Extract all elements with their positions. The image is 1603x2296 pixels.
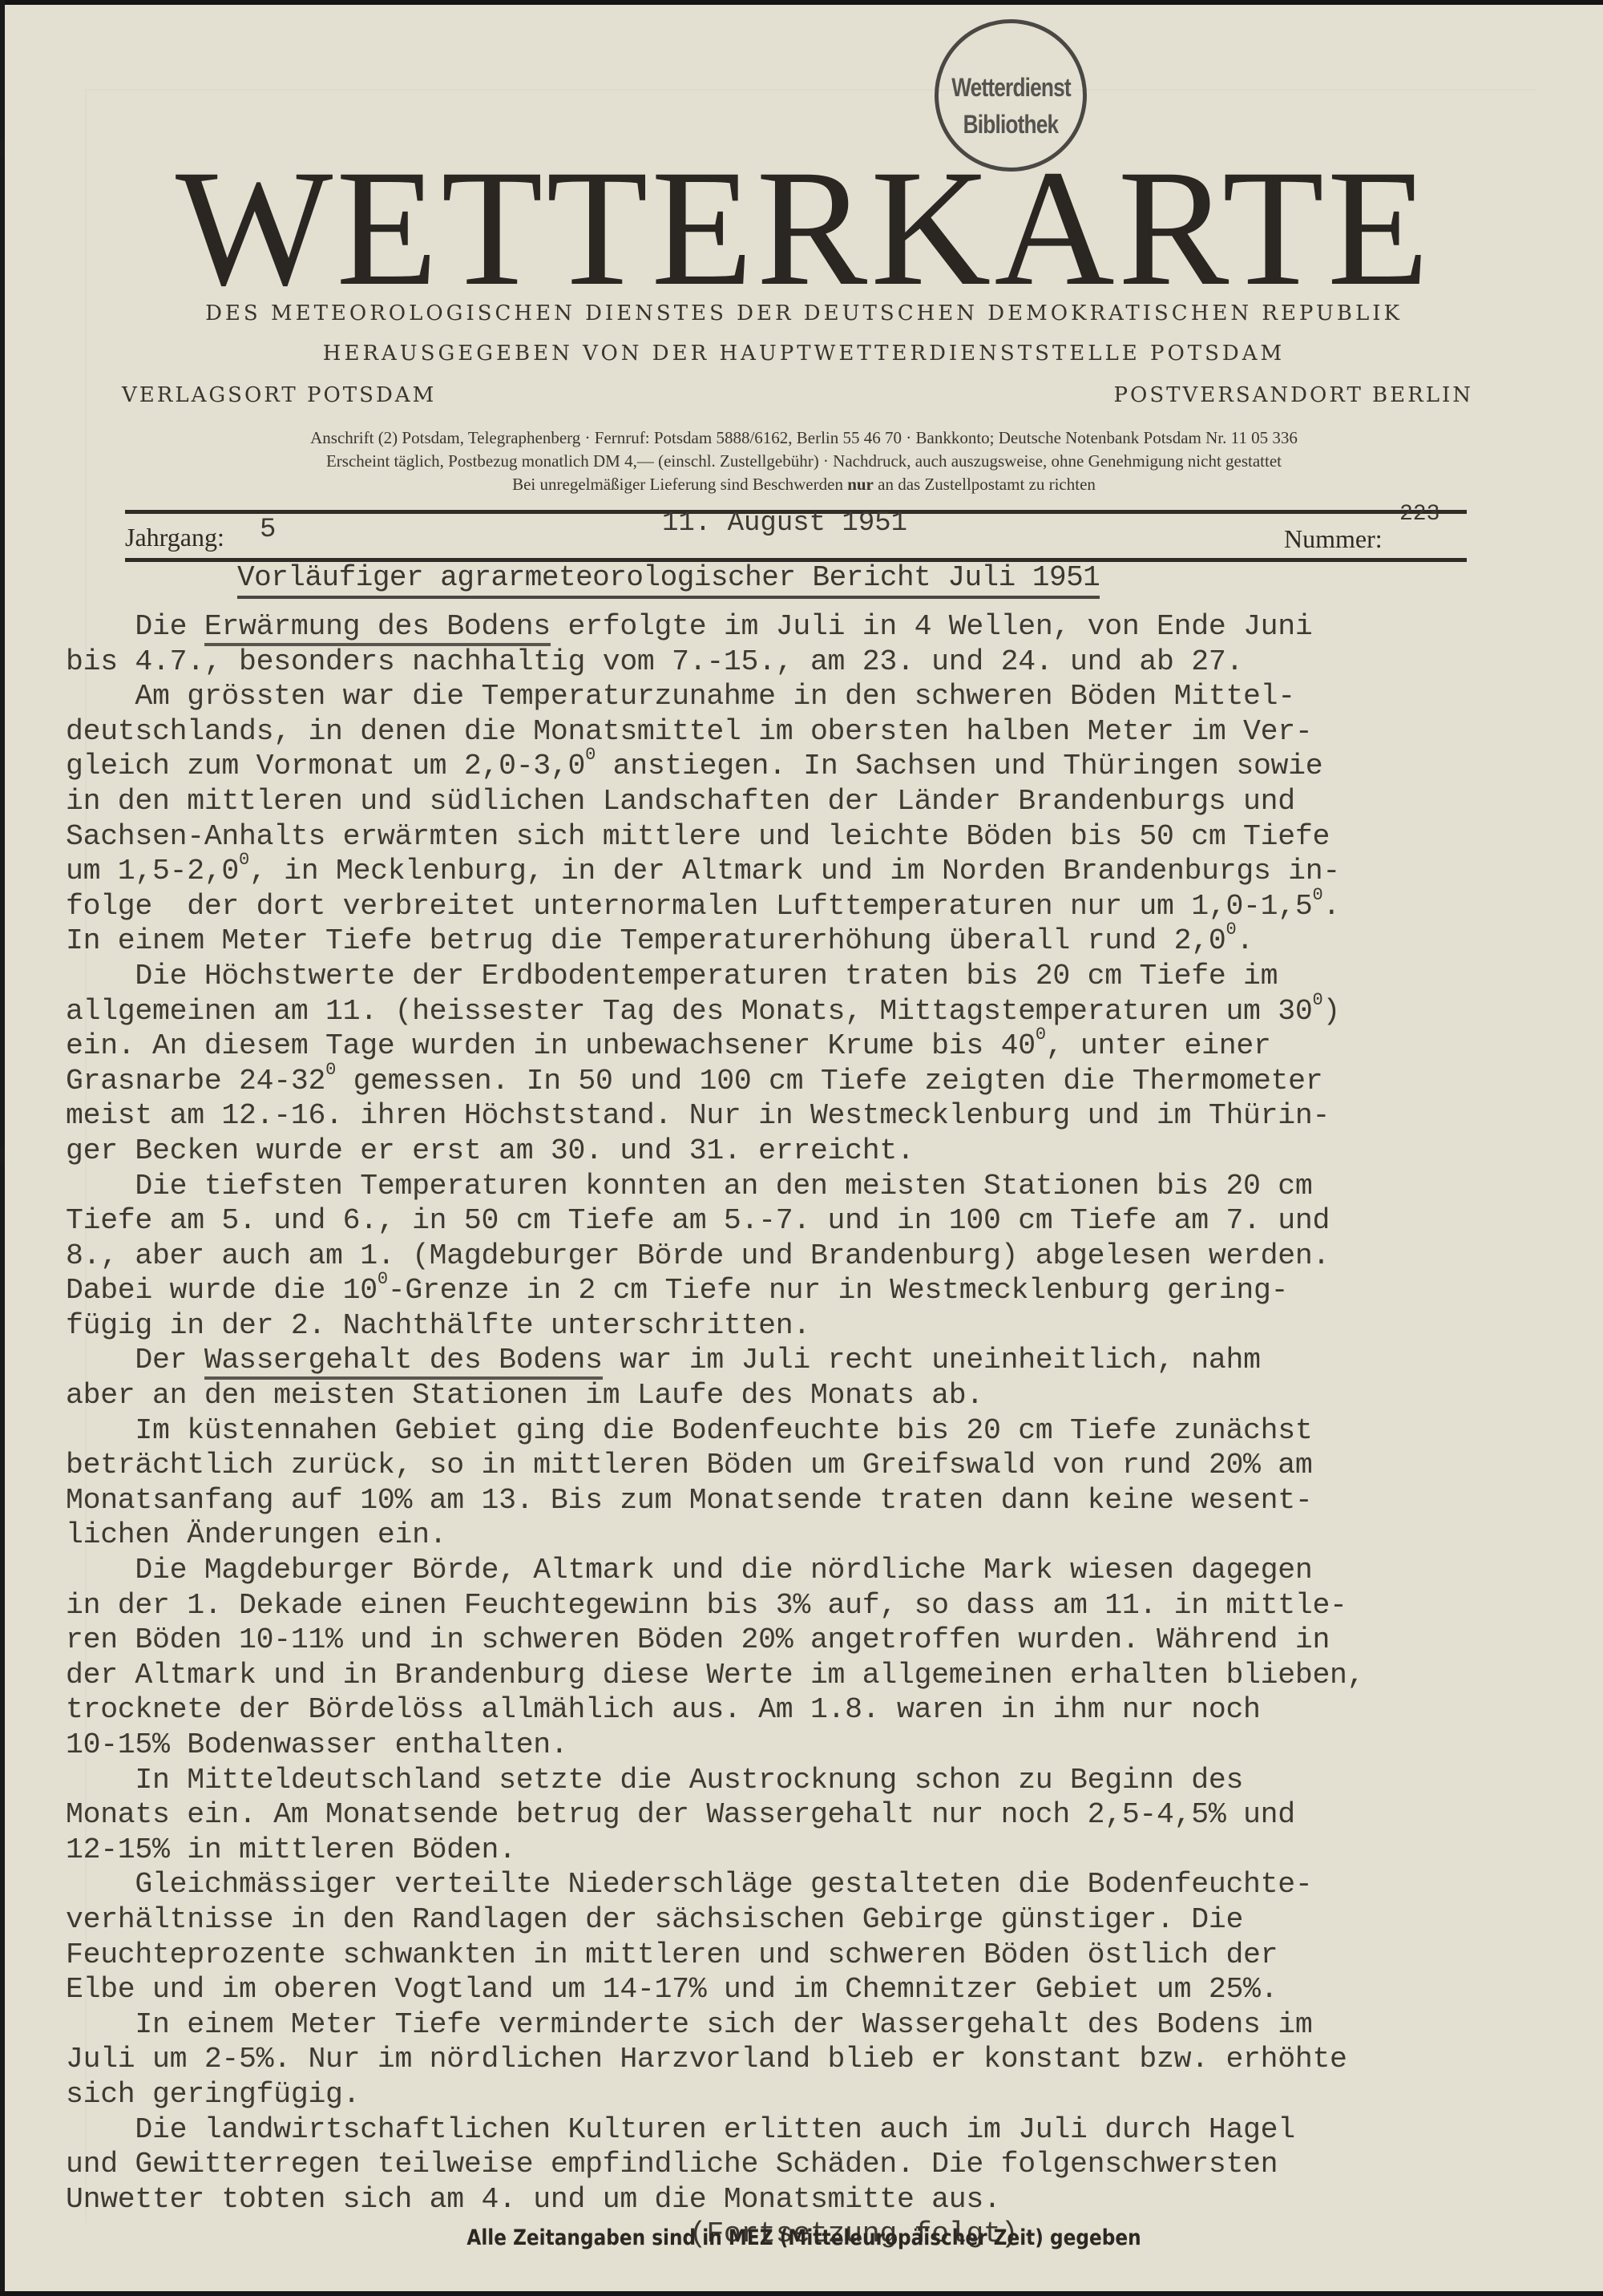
masthead-subtitle-2: HERAUSGEGEBEN VON DER HAUPTWETTERDIENSTS… [5,342,1603,366]
line-text: Die Höchstwerte der Erdbodentemperaturen… [66,960,1278,992]
report-line: Am grössten war die Temperaturzunahme in… [66,679,1573,714]
report-line: bis 4.7., besonders nachhaltig vom 7.-15… [66,645,1573,680]
line-text: Tiefe am 5. und 6., in 50 cm Tiefe am 5.… [66,1204,1330,1237]
report-line: Die landwirtschaftlichen Kulturen erlitt… [66,2112,1573,2148]
line-text: Feuchteprozente schwankten in mittleren … [66,1938,1278,1971]
complaints-text-bold: nur [847,475,874,494]
degree-superscript: 0 [325,1060,336,1080]
masthead-title: WETTERKARTE [5,156,1603,300]
line-text: Die [66,610,204,643]
report-line: Die tiefsten Temperaturen konnten an den… [66,1169,1573,1204]
report-line: Im küstennahen Gebiet ging die Bodenfeuc… [66,1413,1573,1449]
line-text: meist am 12.-16. ihren Höchststand. Nur … [66,1099,1330,1132]
line-text: Die landwirtschaftlichen Kulturen erlitt… [66,2113,1295,2146]
report-line: 8., aber auch am 1. (Magdeburger Börde u… [66,1239,1573,1274]
report-line: In einem Meter Tiefe verminderte sich de… [66,2007,1573,2043]
complaints-line: Bei unregelmäßiger Lieferung sind Beschw… [5,475,1603,495]
line-text: verhältnisse in den Randlagen der sächsi… [66,1903,1243,1936]
line-text: Gleichmässiger verteilte Niederschläge g… [66,1868,1312,1901]
underlined-heading: Wassergehalt des Bodens [204,1344,603,1380]
report-line: ger Becken wurde er erst am 30. und 31. … [66,1134,1573,1169]
report-line: Juli um 2-5%. Nur im nördlichen Harzvorl… [66,2042,1573,2077]
line-text: Unwetter tobten sich am 4. und um die Mo… [66,2183,1001,2216]
report-body: Die Erwärmung des Bodens erfolgte im Jul… [66,609,1573,2252]
line-text: Dabei wurde die 10 [66,1274,378,1307]
report-line: Monats ein. Am Monatsende betrug der Was… [66,1797,1573,1833]
line-text: Grasnarbe 24-32 [66,1065,325,1097]
scan-bottom-edge [0,2291,1603,2296]
address-line: Anschrift (2) Potsdam, Telegraphenberg ·… [5,428,1603,448]
line-text: ger Becken wurde er erst am 30. und 31. … [66,1134,915,1167]
report-line: Monatsanfang auf 10% am 13. Bis zum Mona… [66,1483,1573,1518]
line-text: um 1,5-2,0 [66,855,239,887]
line-text: in der 1. Dekade einen Feuchtegewinn bis… [66,1589,1347,1622]
line-text: . [1236,924,1254,957]
line-text: gleich zum Vormonat um 2,0-3,0 [66,750,585,782]
report-line: trocknete der Bördelöss allmählich aus. … [66,1692,1573,1728]
report-line: verhältnisse in den Randlagen der sächsi… [66,1902,1573,1938]
line-text: gemessen. In 50 und 100 cm Tiefe zeigten… [336,1065,1322,1097]
report-line: Die Magdeburger Börde, Altmark und die n… [66,1553,1573,1588]
line-text: allgemeinen am 11. (heissester Tag des M… [66,995,1312,1028]
report-line: Unwetter tobten sich am 4. und um die Mo… [66,2182,1573,2217]
mailing-place: POSTVERSANDORT BERLIN [1114,383,1473,407]
report-line: der Altmark und in Brandenburg diese Wer… [66,1658,1573,1693]
line-text: trocknete der Bördelöss allmählich aus. … [66,1693,1261,1726]
stamp-line-1: Wetterdienst [951,73,1070,103]
report-line: Der Wassergehalt des Bodens war im Juli … [66,1343,1573,1378]
underlined-heading: Erwärmung des Bodens [204,610,551,646]
report-line: allgemeinen am 11. (heissester Tag des M… [66,994,1573,1029]
line-text: In einem Meter Tiefe betrug die Temperat… [66,924,1225,957]
report-line: um 1,5-2,00, in Mecklenburg, in der Altm… [66,854,1573,889]
line-text: , unter einer [1046,1029,1271,1062]
line-text: ein. An diesem Tage wurden in unbewachse… [66,1029,1036,1062]
line-text: In Mitteldeutschland setzte die Austrock… [66,1764,1243,1797]
line-text: erfolgte im Juli in 4 Wellen, von Ende J… [551,610,1313,643]
report-line: ren Böden 10-11% und in schweren Böden 2… [66,1623,1573,1658]
report-line: deutschlands, in denen die Monatsmittel … [66,714,1573,750]
jahrgang-value: 5 [260,515,276,545]
line-text: war im Juli recht uneinheitlich, nahm [603,1344,1261,1376]
report-line: sich geringfügig. [66,2077,1573,2112]
report-line: gleich zum Vormonat um 2,0-3,00 anstiege… [66,749,1573,784]
line-text: lichen Änderungen ein. [66,1518,446,1551]
line-text: 8., aber auch am 1. (Magdeburger Börde u… [66,1239,1330,1272]
line-text: Sachsen-Anhalts erwärmten sich mittlere … [66,820,1330,853]
line-text: 10-15% Bodenwasser enthalten. [66,1728,568,1761]
report-line: Feuchteprozente schwankten in mittleren … [66,1938,1573,1973]
report-line: Sachsen-Anhalts erwärmten sich mittlere … [66,819,1573,855]
degree-superscript: 0 [585,745,596,765]
line-text: Monats ein. Am Monatsende betrug der Was… [66,1798,1295,1831]
report-line: Elbe und im oberen Vogtland um 14-17% un… [66,1972,1573,2007]
report-line: 12-15% in mittleren Böden. [66,1833,1573,1868]
subscription-line: Erscheint täglich, Postbezug monatlich D… [5,451,1603,471]
nummer-value: 223 [1399,502,1439,527]
jahrgang-label: Jahrgang: [125,523,224,552]
degree-superscript: 0 [1312,885,1322,905]
line-text: und Gewitterregen teilweise empfindliche… [66,2148,1278,2181]
report-line: Dabei wurde die 100-Grenze in 2 cm Tiefe… [66,1273,1573,1308]
line-text: Juli um 2-5%. Nur im nördlichen Harzvorl… [66,2043,1347,2076]
document-page: Wetterdienst Bibliothek WETTERKARTE DES … [5,5,1603,2291]
degree-superscript: 0 [1036,1025,1046,1045]
report-line: ein. An diesem Tage wurden in unbewachse… [66,1029,1573,1064]
line-text: aber an den meisten Stationen im Laufe d… [66,1379,983,1412]
report-line: fügig in der 2. Nachthälfte unterschritt… [66,1308,1573,1344]
line-text: Monatsanfang auf 10% am 13. Bis zum Mona… [66,1484,1312,1517]
line-text: Im küstennahen Gebiet ging die Bodenfeuc… [66,1414,1312,1447]
publishing-place: VERLAGSORT POTSDAM [122,383,436,407]
report-line: Die Erwärmung des Bodens erfolgte im Jul… [66,609,1573,645]
line-text: Am grössten war die Temperaturzunahme in… [66,680,1295,713]
report-line: beträchtlich zurück, so in mittleren Böd… [66,1448,1573,1483]
nummer-label: Nummer: [1284,524,1383,554]
report-line: in den mittleren und südlichen Landschaf… [66,784,1573,819]
report-line: In einem Meter Tiefe betrug die Temperat… [66,924,1573,959]
line-text: -Grenze in 2 cm Tiefe nur in Westmecklen… [388,1274,1288,1307]
line-text: ren Böden 10-11% und in schweren Böden 2… [66,1623,1330,1656]
report-line: aber an den meisten Stationen im Laufe d… [66,1378,1573,1413]
line-text: . [1322,890,1340,923]
degree-superscript: 0 [239,850,249,870]
line-text: in den mittleren und südlichen Landschaf… [66,785,1295,818]
line-text: Der [66,1344,204,1376]
report-line: folge der dort verbreitet unternormalen … [66,889,1573,924]
report-line: Grasnarbe 24-320 gemessen. In 50 und 100… [66,1064,1573,1099]
line-text: 12-15% in mittleren Böden. [66,1833,516,1866]
line-text: sich geringfügig. [66,2078,360,2111]
degree-superscript: 0 [378,1269,388,1289]
report-line: In Mitteldeutschland setzte die Austrock… [66,1763,1573,1798]
line-text: ) [1322,995,1340,1028]
report-title: Vorläufiger agrarmeteorologischer Berich… [237,561,1100,599]
degree-superscript: 0 [1312,990,1322,1010]
report-line: 10-15% Bodenwasser enthalten. [66,1728,1573,1763]
line-text: folge der dort verbreitet unternormalen … [66,890,1312,923]
report-line: lichen Änderungen ein. [66,1518,1573,1553]
issue-date: 11. August 1951 [662,508,907,539]
line-text: Die tiefsten Temperaturen konnten an den… [66,1170,1312,1203]
line-text: bis 4.7., besonders nachhaltig vom 7.-15… [66,645,1243,678]
line-text: anstiegen. In Sachsen und Thüringen sowi… [596,750,1322,782]
report-line: in der 1. Dekade einen Feuchtegewinn bis… [66,1588,1573,1623]
degree-superscript: 0 [1225,920,1236,940]
complaints-text-post: an das Zustellpostamt zu richten [874,475,1096,494]
line-text: In einem Meter Tiefe verminderte sich de… [66,2008,1312,2041]
line-text: der Altmark und in Brandenburg diese Wer… [66,1659,1364,1692]
report-line: meist am 12.-16. ihren Höchststand. Nur … [66,1098,1573,1134]
complaints-text-pre: Bei unregelmäßiger Lieferung sind Beschw… [512,475,847,494]
masthead-subtitle-1: DES METEOROLOGISCHEN DIENSTES DER DEUTSC… [5,301,1603,325]
line-text: , in Mecklenburg, in der Altmark und im … [249,855,1340,887]
report-line: Die Höchstwerte der Erdbodentemperaturen… [66,959,1573,994]
report-line: Gleichmässiger verteilte Niederschläge g… [66,1867,1573,1902]
line-text: deutschlands, in denen die Monatsmittel … [66,715,1312,748]
footer-note: Alle Zeitangaben sind in MEZ (Mitteleuro… [117,2225,1492,2250]
report-line: und Gewitterregen teilweise empfindliche… [66,2147,1573,2182]
line-text: Elbe und im oberen Vogtland um 14-17% un… [66,1973,1278,2006]
report-line: Tiefe am 5. und 6., in 50 cm Tiefe am 5.… [66,1203,1573,1239]
line-text: Die Magdeburger Börde, Altmark und die n… [66,1554,1312,1587]
line-text: beträchtlich zurück, so in mittleren Böd… [66,1449,1312,1481]
line-text: fügig in der 2. Nachthälfte unterschritt… [66,1309,810,1342]
